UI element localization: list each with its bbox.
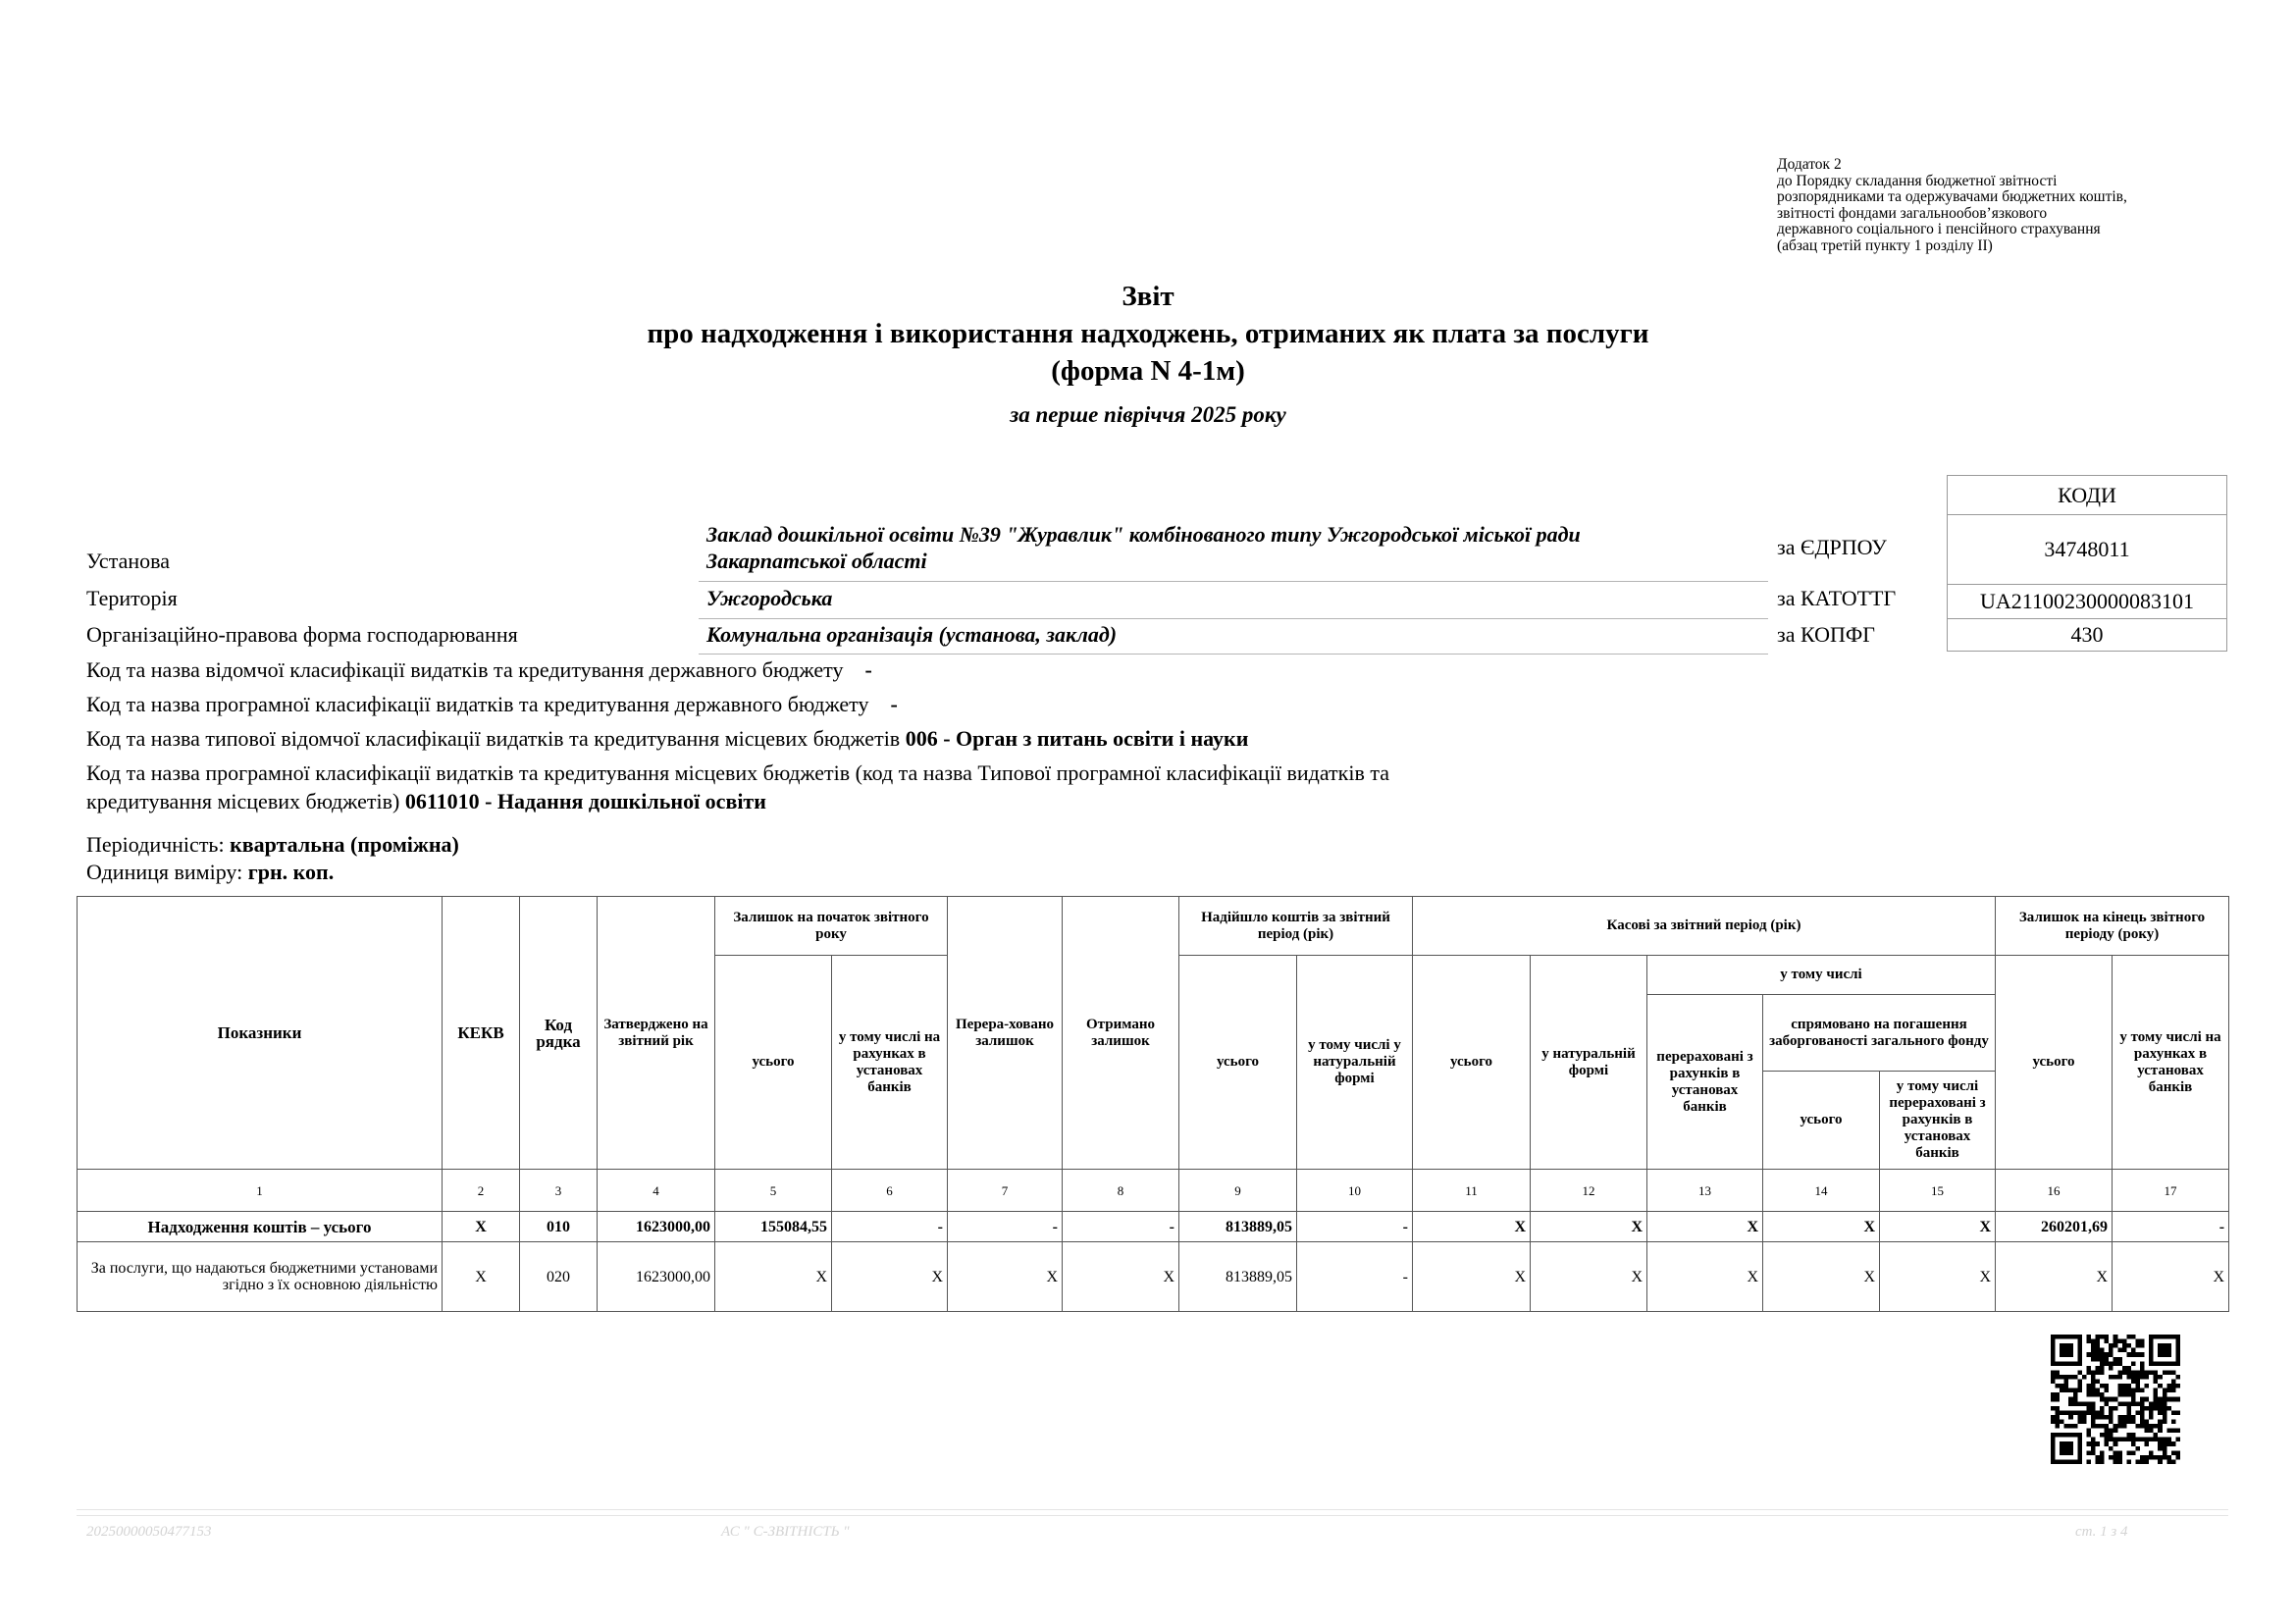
report-subtitle: про надходження і використання надходжен… (0, 318, 2296, 350)
header-directed-debt-total: усього (1763, 1072, 1880, 1170)
header-row-code: Код рядка (520, 897, 598, 1170)
column-number: 3 (520, 1170, 598, 1212)
header-balance-end-bank: у тому числі на рахунках в установах бан… (2113, 956, 2229, 1170)
institution-value-line1: Заклад дошкільної освіти №39 "Журавлик" … (706, 521, 1766, 549)
classification-line-3-value: 006 - Орган з питань освіти і науки (906, 726, 1249, 751)
classification-line-4a: Код та назва програмної класифікації вид… (86, 760, 1389, 786)
table-cell: 020 (520, 1242, 598, 1312)
codes-table: КОДИ 34748011 UA21100230000083101 430 (1947, 475, 2227, 652)
table-cell: X (1413, 1242, 1531, 1312)
column-number: 13 (1647, 1170, 1763, 1212)
table-cell: X (1880, 1212, 1996, 1242)
header-received-balance: Отримано залишок (1063, 897, 1179, 1170)
territory-label: Територія (86, 586, 178, 611)
table-cell: 260201,69 (1996, 1212, 2113, 1242)
classification-line-4-value: 0611010 - Надання дошкільної освіти (405, 789, 766, 813)
table-cell: X (1531, 1212, 1647, 1242)
table-cell: 1623000,00 (598, 1242, 715, 1312)
territory-underline (699, 618, 1768, 619)
header-transferred-balance: Перера-хованo залишок (948, 897, 1063, 1170)
column-number: 10 (1297, 1170, 1413, 1212)
table-cell: X (443, 1212, 520, 1242)
table-cell: X (832, 1242, 948, 1312)
legal-form-label: Організаційно-правова форма господарюван… (86, 622, 518, 648)
table-cell: X (1531, 1242, 1647, 1312)
classification-line-1-value: - (864, 657, 871, 682)
table-cell: 813889,05 (1179, 1242, 1297, 1312)
report-title: Звіт (0, 281, 2296, 313)
header-cash-incl: у тому числі (1647, 956, 1996, 995)
institution-value-line2: Закарпатської області (706, 548, 1766, 575)
report-period: за перше півріччя 2025 року (0, 402, 2296, 428)
page-number: ст. 1 з 4 (2075, 1524, 2128, 1541)
report-form-number: (форма N 4-1м) (0, 355, 2296, 388)
column-number: 11 (1413, 1170, 1531, 1212)
edrpou-value: 34748011 (1948, 515, 2227, 585)
kopfg-label: за КОПФГ (1777, 622, 1875, 648)
report-table: Показники КЕКВ Код рядка Затверджено на … (77, 896, 2229, 1312)
header-transferred-from-bank: перераховані з рахунків в установах банк… (1647, 995, 1763, 1170)
column-number: 8 (1063, 1170, 1179, 1212)
table-row: За послуги, що надаються бюджетними уста… (78, 1242, 2229, 1312)
column-number: 17 (2113, 1170, 2229, 1212)
table-cell: X (1763, 1242, 1880, 1312)
column-number: 1 (78, 1170, 443, 1212)
header-balance-end-total: усього (1996, 956, 2113, 1170)
institution-underline (699, 581, 1768, 582)
column-numbers-row: 1234567891011121314151617 (78, 1170, 2229, 1212)
column-number: 5 (715, 1170, 832, 1212)
header-kekv: КЕКВ (443, 897, 520, 1170)
table-cell: X (1647, 1212, 1763, 1242)
table-cell: - (2113, 1212, 2229, 1242)
table-cell: X (1063, 1242, 1179, 1312)
katottg-label: за КАТОТТГ (1777, 586, 1896, 611)
column-number: 4 (598, 1170, 715, 1212)
institution-label: Установа (86, 549, 170, 574)
legal-form-value: Комунальна організація (установа, заклад… (706, 621, 1766, 649)
table-cell: - (832, 1212, 948, 1242)
classification-line-4b: кредитування місцевих бюджетів) 0611010 … (86, 789, 766, 814)
table-cell: X (1880, 1242, 1996, 1312)
table-cell: X (948, 1242, 1063, 1312)
table-cell: - (1063, 1212, 1179, 1242)
codes-header: КОДИ (1948, 476, 2227, 515)
table-cell: 813889,05 (1179, 1212, 1297, 1242)
table-row: Надходження коштів – усьогоX0101623000,0… (78, 1212, 2229, 1242)
table-cell: X (1647, 1242, 1763, 1312)
header-directed-debt: спрямовано на погашення заборгованості з… (1763, 995, 1996, 1072)
footer-divider-bottom (77, 1515, 2228, 1516)
table-cell: 155084,55 (715, 1212, 832, 1242)
periodicity: Періодичність: квартальна (проміжна) (86, 832, 459, 858)
column-number: 14 (1763, 1170, 1880, 1212)
table-cell: - (1297, 1212, 1413, 1242)
table-cell: X (2113, 1242, 2229, 1312)
qr-code-icon (2051, 1335, 2180, 1464)
table-cell: X (443, 1242, 520, 1312)
header-balance-end: Залишок на кінець звітного періоду (року… (1996, 897, 2229, 956)
classification-line-2: Код та назва програмної класифікації вид… (86, 692, 898, 717)
unit-value: грн. коп. (248, 860, 334, 884)
column-number: 9 (1179, 1170, 1297, 1212)
header-balance-start-total: усього (715, 956, 832, 1170)
column-number: 7 (948, 1170, 1063, 1212)
column-number: 15 (1880, 1170, 1996, 1212)
legal-form-underline (699, 654, 1768, 655)
footer-divider-top (77, 1509, 2228, 1510)
table-cell: 1623000,00 (598, 1212, 715, 1242)
header-cash: Касові за звітний період (рік) (1413, 897, 1996, 956)
column-number: 2 (443, 1170, 520, 1212)
header-balance-start-bank: у тому числі на рахунках в установах бан… (832, 956, 948, 1170)
appendix-note: Додаток 2 до Порядку складання бюджетної… (1777, 157, 2127, 255)
header-approved: Затверджено на звітний рік (598, 897, 715, 1170)
unit-of-measure: Одиниця виміру: грн. коп. (86, 860, 334, 885)
table-cell: - (1297, 1242, 1413, 1312)
table-cell: X (1413, 1212, 1531, 1242)
classification-line-1: Код та назва відомчої класифікації видат… (86, 657, 872, 683)
row-indicator-name: Надходження коштів – усього (78, 1212, 443, 1242)
table-cell: X (1996, 1242, 2113, 1312)
column-number: 6 (832, 1170, 948, 1212)
territory-value: Ужгородська (706, 585, 1766, 612)
header-indicators: Показники (78, 897, 443, 1170)
header-cash-total: усього (1413, 956, 1531, 1170)
katottg-value: UA21100230000083101 (1948, 585, 2227, 619)
table-cell: - (948, 1212, 1063, 1242)
system-name: АС " С-ЗВІТНІСТЬ " (721, 1524, 850, 1541)
header-cash-natural: у натуральній формі (1531, 956, 1647, 1170)
header-received-natural: у тому числі у натуральній формі (1297, 956, 1413, 1170)
kopfg-value: 430 (1948, 619, 2227, 652)
header-balance-start: Залишок на початок звітного року (715, 897, 948, 956)
row-indicator-name: За послуги, що надаються бюджетними уста… (78, 1242, 443, 1312)
table-cell: 010 (520, 1212, 598, 1242)
document-id: 20250000050477153 (86, 1524, 212, 1541)
table-cell: X (1763, 1212, 1880, 1242)
table-cell: X (715, 1242, 832, 1312)
column-number: 12 (1531, 1170, 1647, 1212)
periodicity-value: квартальна (проміжна) (230, 832, 459, 857)
edrpou-label: за ЄДРПОУ (1777, 535, 1887, 560)
header-received-funds: Надійшло коштів за звітний період (рік) (1179, 897, 1413, 956)
column-number: 16 (1996, 1170, 2113, 1212)
header-received-total: усього (1179, 956, 1297, 1170)
header-directed-debt-bank: у тому числі перераховані з рахунків в у… (1880, 1072, 1996, 1170)
classification-line-2-value: - (890, 692, 897, 716)
classification-line-3: Код та назва типової відомчої класифікац… (86, 726, 1248, 752)
